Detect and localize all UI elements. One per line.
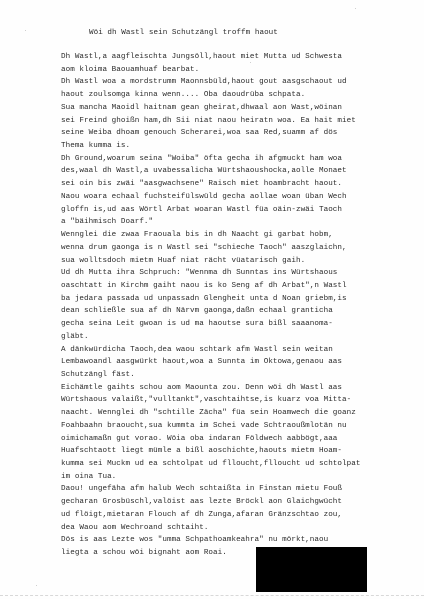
text-line: aom kloima Baouamhuaf bearbat. bbox=[61, 64, 371, 77]
text-line: Sua mancha Maoidl haitnam gean gheirat,d… bbox=[61, 102, 371, 115]
text-line: dean schließle sua af dh Närvm gaonga,da… bbox=[61, 305, 371, 318]
text-line: ba jedara passada ud unpassadn Glengheit… bbox=[61, 293, 371, 306]
text-line: sua wolltsdoch mietm Huaf niat rächt vüa… bbox=[61, 255, 371, 268]
document-title: Wöi dh Wastl sein Schutzängl troffm haou… bbox=[89, 28, 278, 38]
text-line: Lembawoandl aasgwürkt haout,woa a Sunnta… bbox=[61, 356, 371, 369]
text-line: Würtshaous valaißt,"vulltankt",vaschtaih… bbox=[61, 394, 371, 407]
text-line: sei Freind ghoißn ham,dh Sii niat naou h… bbox=[61, 115, 371, 128]
text-line: Dös is aas Lezte wos "umma Schpathoamkea… bbox=[61, 534, 371, 547]
text-line: Dh Wastl woa a mordstrumm Maonnsbüld,hao… bbox=[61, 76, 371, 89]
text-line: Dh Ground,woarum seina "Woiba" öfta gech… bbox=[61, 153, 371, 166]
redaction-box bbox=[256, 547, 367, 592]
text-line: Huafschtaott liegt mümle a bißl aoschich… bbox=[61, 445, 371, 458]
text-line: A dänkwürdicha Taoch,dea waou schtark af… bbox=[61, 344, 371, 357]
scan-bottom-edge bbox=[0, 595, 424, 596]
text-line: Daou! ungefäha afm halub Wech schtaißta … bbox=[61, 483, 371, 496]
text-line: kumma sei Muckm ud ea schtolpat ud fllou… bbox=[61, 458, 371, 471]
typewritten-page: Wöi dh Wastl sein Schutzängl troffm haou… bbox=[0, 0, 424, 599]
text-line: Foahbaahn braoucht,sua kummta im Schei v… bbox=[61, 420, 371, 433]
text-line: gloffn is,ud aas Wörtl Arbat woaran Wast… bbox=[61, 204, 371, 217]
scan-speck bbox=[355, 8, 356, 9]
text-line: Eichämtle gaihts schou aom Maounta zou. … bbox=[61, 382, 371, 395]
scan-speck bbox=[36, 585, 37, 586]
text-line: des,waal dh Wastl,a uvabessalicha Würtsh… bbox=[61, 165, 371, 178]
text-line: dea Waou aom Wechroand schtaiht. bbox=[61, 522, 371, 535]
text-line: naacht. Wennglei dh "schtille Zächa" füa… bbox=[61, 407, 371, 420]
text-line: Schutzängl fäst. bbox=[61, 369, 371, 382]
text-line: Dh Wastl,a aagfleischta Jungsöll,haout m… bbox=[61, 51, 371, 64]
text-line: gecharan Grosbüschl,valöist aas lezte Br… bbox=[61, 496, 371, 509]
text-line: sei oin bis zwäi "aasgwachsene" Raisch m… bbox=[61, 178, 371, 191]
text-line: oaschtatt in Kirchm gaiht naou is ko Sen… bbox=[61, 280, 371, 293]
text-line: Ud dh Mutta ihra Schpruch: "Wennma dh Su… bbox=[61, 267, 371, 280]
text-line: ud flöigt,mietaran Flouch af dh Zunga,af… bbox=[61, 509, 371, 522]
text-line: im oina Tua. bbox=[61, 471, 371, 484]
scan-speck bbox=[25, 30, 26, 31]
text-line: gecha seina Leit gwoan is ud ma haoutse … bbox=[61, 318, 371, 331]
text-line: gläbt. bbox=[61, 331, 371, 344]
document-body: Dh Wastl,a aagfleischta Jungsöll,haout m… bbox=[61, 51, 371, 560]
text-line: a "bäihmisch Doarf." bbox=[61, 216, 371, 229]
text-line: haout zoulsomga kinna wenn.... Oba daoud… bbox=[61, 89, 371, 102]
text-line: Naou woara echaal fuchsteifülswüld gecha… bbox=[61, 191, 371, 204]
text-line: Wennglei die zwaa Fraouala bis in dh Naa… bbox=[61, 229, 371, 242]
text-line: seine Weiba dhoam genouch Scherarei,woa … bbox=[61, 127, 371, 140]
text-line: Thema kumma is. bbox=[61, 140, 371, 153]
scan-speck bbox=[250, 62, 251, 63]
text-line: wenna drum gaonga is n Wastl sei "schiec… bbox=[61, 242, 371, 255]
text-line: oimichamaßn gut vorao. Wöia oba indaran … bbox=[61, 433, 371, 446]
